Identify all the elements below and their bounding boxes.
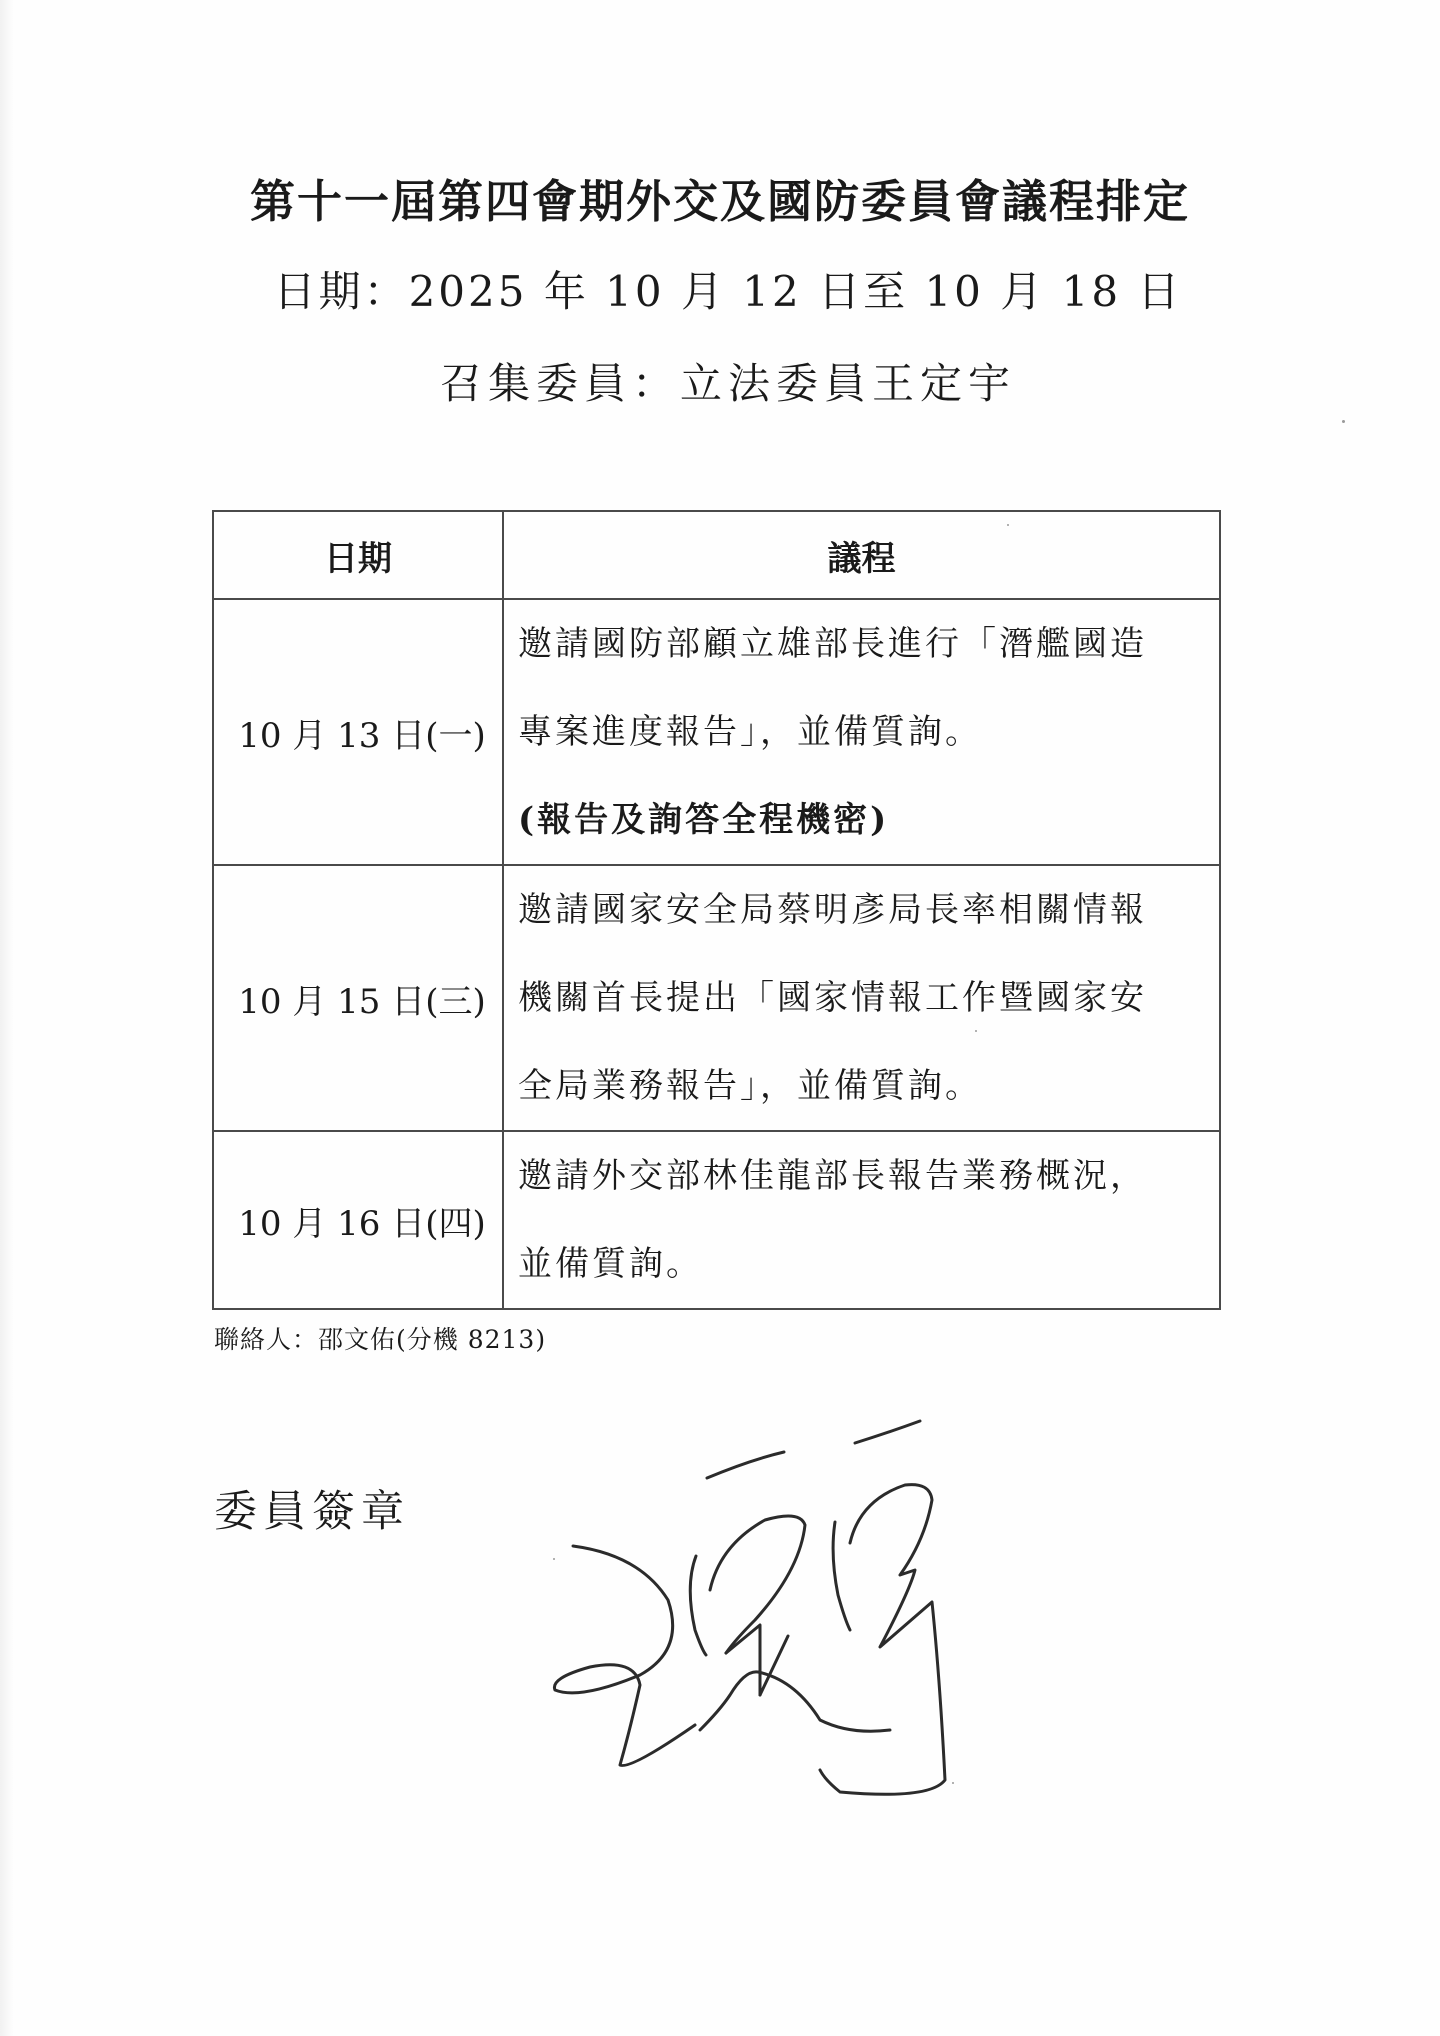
table-row: 10 月 13 日(一) 邀請國防部顧立雄部長進行「潛艦國造 專案進度報告」，並…	[213, 599, 1220, 865]
handwritten-signature-icon	[520, 1400, 1000, 1820]
row-agenda: 邀請國防部顧立雄部長進行「潛艦國造 專案進度報告」，並備質詢。 (報告及詢答全程…	[503, 599, 1220, 865]
agenda-table: 日期 議程 10 月 13 日(一) 邀請國防部顧立雄部長進行「潛艦國造 專案進…	[212, 510, 1221, 1310]
row-agenda: 邀請外交部林佳龍部長報告業務概況， 並備質詢。	[503, 1131, 1220, 1309]
confidential-note: (報告及詢答全程機密)	[518, 776, 1205, 864]
agenda-line: 並備質詢。	[518, 1220, 1205, 1308]
scanned-document-page: 第十一屆第四會期外交及國防委員會議程排定 日期：2025 年 10 月 12 日…	[0, 0, 1440, 2036]
scan-speck	[553, 1558, 555, 1560]
row-date: 10 月 13 日(一)	[213, 599, 503, 865]
column-header-date: 日期	[213, 511, 503, 599]
agenda-line: 機關首長提出「國家情報工作暨國家安	[518, 954, 1205, 1042]
column-header-agenda: 議程	[503, 511, 1220, 599]
agenda-line: 邀請國防部顧立雄部長進行「潛艦國造	[518, 600, 1205, 688]
date-range-line: 日期：2025 年 10 月 12 日至 10 月 18 日	[8, 264, 1440, 320]
scan-speck	[952, 1782, 954, 1784]
table-header-row: 日期 議程	[213, 511, 1220, 599]
table-row: 10 月 16 日(四) 邀請外交部林佳龍部長報告業務概況， 並備質詢。	[213, 1131, 1220, 1309]
convener-line: 召集委員：立法委員王定宇	[8, 356, 1440, 412]
row-date: 10 月 15 日(三)	[213, 865, 503, 1131]
signature-label: 委員簽章	[214, 1482, 410, 1542]
agenda-line: 邀請國家安全局蔡明彥局長率相關情報	[518, 866, 1205, 954]
document-title: 第十一屆第四會期外交及國防委員會議程排定	[0, 172, 1440, 232]
agenda-line: 專案進度報告」，並備質詢。	[518, 688, 1205, 776]
row-date: 10 月 16 日(四)	[213, 1131, 503, 1309]
scan-speck	[1007, 524, 1009, 526]
contact-person: 聯絡人：邵文佑(分機 8213)	[214, 1322, 546, 1358]
row-agenda: 邀請國家安全局蔡明彥局長率相關情報 機關首長提出「國家情報工作暨國家安 全局業務…	[503, 865, 1220, 1131]
agenda-line: 全局業務報告」，並備質詢。	[518, 1042, 1205, 1130]
scan-speck	[975, 1030, 977, 1032]
agenda-line: 邀請外交部林佳龍部長報告業務概況，	[518, 1132, 1205, 1220]
table-row: 10 月 15 日(三) 邀請國家安全局蔡明彥局長率相關情報 機關首長提出「國家…	[213, 865, 1220, 1131]
scan-speck	[1342, 420, 1345, 423]
